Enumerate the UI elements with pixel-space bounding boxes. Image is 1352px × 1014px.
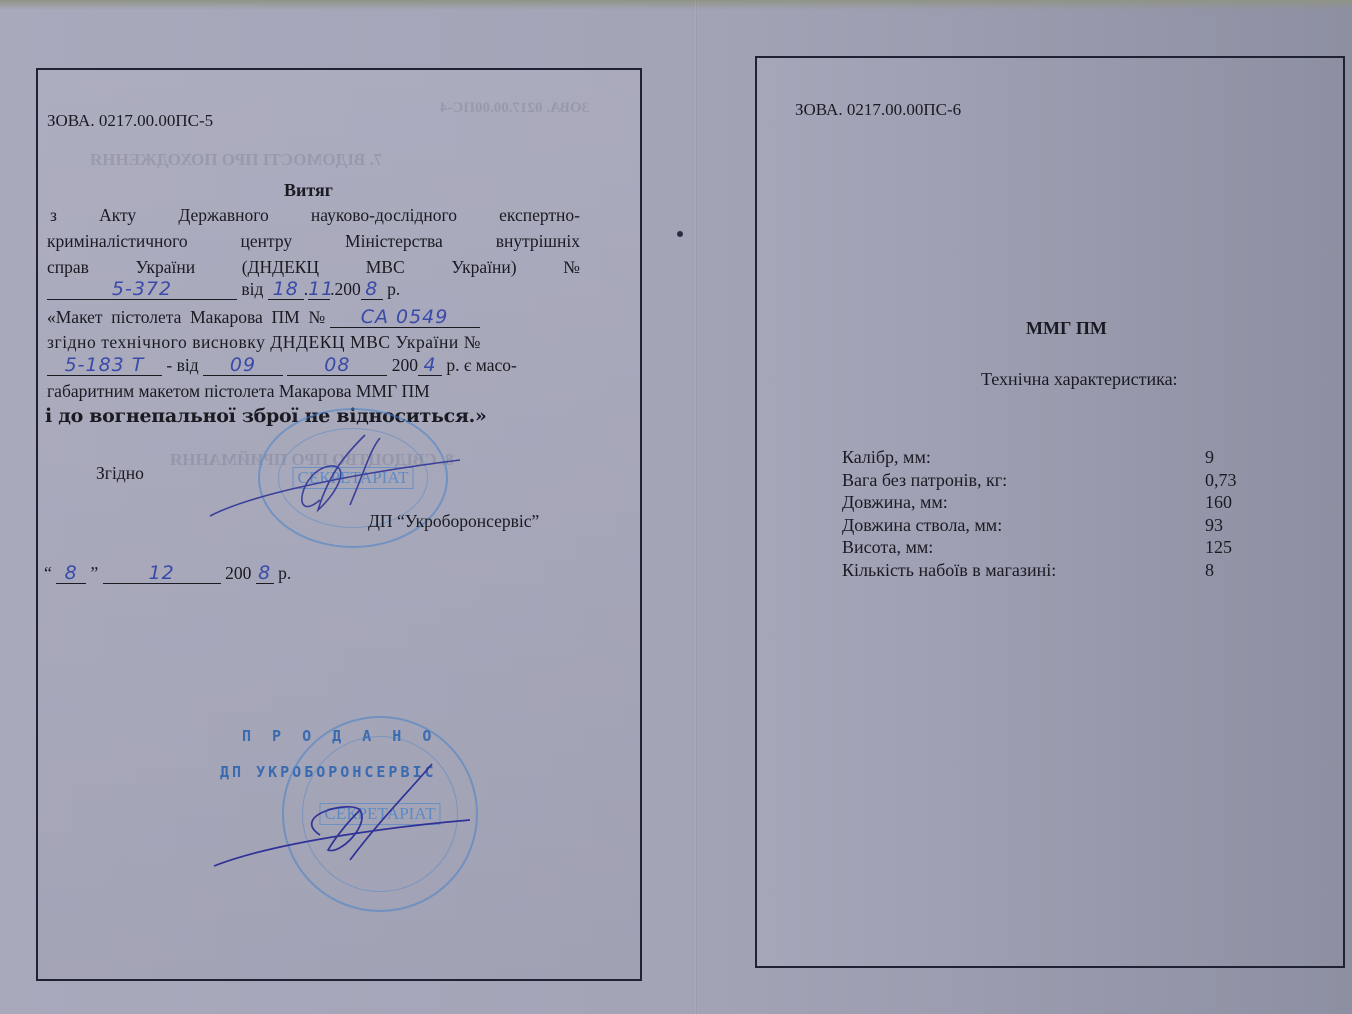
act-day-field: 18: [268, 279, 304, 300]
signature-bottom: [210, 760, 490, 880]
spec-value: 8: [1205, 559, 1265, 582]
word: Міністерства: [345, 228, 443, 254]
spec-value: 93: [1205, 514, 1265, 537]
spec-row: Вага без патронів, кг: 0,73: [842, 469, 1265, 492]
word: центру: [241, 228, 293, 254]
spec-label: Довжина, мм:: [842, 491, 1205, 514]
spec-label: Кількість набоїв в магазині:: [842, 559, 1205, 582]
show-through-text: 7. ВІДОМОСТІ ПРО ПОХОДЖЕННЯ: [90, 150, 382, 170]
word: науково-дослідного: [311, 202, 457, 228]
act-year-field: 8: [361, 279, 383, 300]
spec-label: Довжина ствола, мм:: [842, 514, 1205, 537]
word: Акту: [99, 202, 136, 228]
spec-row: Висота, мм: 125: [842, 536, 1265, 559]
from-label: - від: [166, 355, 198, 375]
word: з: [50, 202, 57, 228]
spec-value: 9: [1205, 446, 1265, 469]
year-suffix: р.: [278, 563, 291, 583]
spec-label: Вага без патронів, кг:: [842, 469, 1205, 492]
word: внутрішніх: [496, 228, 580, 254]
quote: “: [44, 563, 52, 583]
spec-row: Кількість набоїв в магазині: 8: [842, 559, 1265, 582]
year-suffix: р.: [387, 279, 400, 299]
not-weapon-line: і до вогнепальної зброї не відноситься.»: [45, 405, 487, 427]
from-label: від: [241, 279, 263, 299]
act-number-field: 5-372: [47, 279, 237, 300]
sign-month-field: 12: [103, 563, 221, 584]
spec-label: Калібр, мм:: [842, 446, 1205, 469]
act-month-field: 11: [308, 279, 330, 300]
sign-day-field: 8: [56, 563, 86, 584]
spec-table: Калібр, мм: 9 Вага без патронів, кг: 0,7…: [842, 446, 1265, 581]
word: Державного: [178, 202, 268, 228]
conclusion-number-field: 5-183 Т: [47, 355, 162, 376]
word: криміналістичного: [47, 228, 188, 254]
conclusion-year-field: 4: [418, 355, 442, 376]
year-prefix: 200: [225, 563, 251, 583]
spec-value: 160: [1205, 491, 1265, 514]
act-number-line: 5-372 від 18.11.2008 р.: [47, 276, 400, 302]
conclusion-suffix: р. є масо-: [446, 355, 516, 375]
booklet-spine: [695, 0, 698, 1014]
spec-row: Калібр, мм: 9: [842, 446, 1265, 469]
paragraph-line-1: з Акту Державного науково-дослідного екс…: [50, 202, 580, 228]
extract-title: Витяг: [284, 180, 333, 201]
word: експертно-: [499, 202, 580, 228]
sign-date-line: “ 8 ” 12 200 8 р.: [44, 560, 291, 586]
conclusion-day-field: 09: [203, 355, 283, 376]
left-doc-code: ЗОВА. 0217.00.00ПС-5: [47, 111, 213, 131]
conclusion-month-field: 08: [287, 355, 387, 376]
staple-dot: [677, 231, 683, 237]
sign-year-field: 8: [256, 563, 274, 584]
spec-label: Висота, мм:: [842, 536, 1205, 559]
agreed-label: Згідно: [96, 460, 144, 486]
spec-row: Довжина, мм: 160: [842, 491, 1265, 514]
product-title: ММГ ПМ: [1026, 318, 1107, 339]
spec-value: 125: [1205, 536, 1265, 559]
year-prefix: 200: [392, 355, 418, 375]
word: України): [451, 254, 516, 280]
serial-number-field: СА 0549: [330, 307, 480, 328]
model-line: «Макет пістолета Макарова ПМ № СА 0549: [47, 304, 480, 330]
right-doc-code: ЗОВА. 0217.00.00ПС-6: [795, 100, 961, 120]
spec-section-title: Технічна характеристика:: [981, 369, 1178, 390]
spec-value: 0,73: [1205, 469, 1265, 492]
organization-name: ДП “Укроборонсервіс”: [368, 508, 539, 534]
word: №: [563, 254, 580, 280]
quote: ”: [91, 563, 99, 583]
model-text: «Макет пістолета Макарова ПМ №: [47, 307, 325, 327]
show-through-text: ЗОВА. 0217.00.00ПС-4: [440, 100, 589, 117]
conclusion-ref-line: 5-183 Т - від 09 08 2004 р. є масо-: [47, 352, 517, 378]
paragraph-line-2: криміналістичного центру Міністерства вн…: [47, 228, 580, 254]
gabarit-line: габаритним макетом пістолета Макарова ММ…: [47, 378, 430, 404]
year-prefix: .200: [330, 279, 361, 299]
spec-row: Довжина ствола, мм: 93: [842, 514, 1265, 537]
photo-top-edge: [0, 0, 1352, 10]
